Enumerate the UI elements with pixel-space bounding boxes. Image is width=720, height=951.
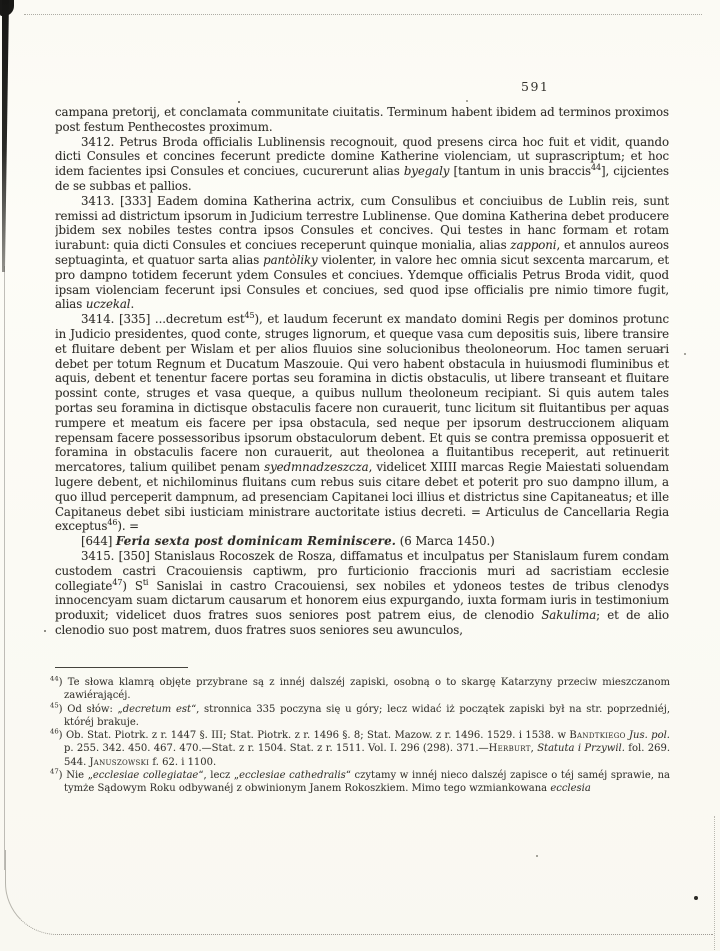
text-segment: ecclesia <box>550 783 591 794</box>
text-segment: f. 62. i 1100. <box>149 757 216 768</box>
footnote-ref-46: 46 <box>107 518 117 527</box>
footnotes: 44) Te słowa klamrą objęte przybrane są … <box>50 676 670 816</box>
page-number: 591 <box>521 79 549 94</box>
scan-artifact-corner-blob <box>0 0 14 16</box>
text-segment: campana pretorij, et conclamata communit… <box>55 105 669 134</box>
footnote-ref-45: 45 <box>245 311 255 320</box>
footnote-separator <box>55 667 188 668</box>
text-segment: [tantum in unis braccis <box>449 164 591 178</box>
text-segment: Januszowski <box>89 757 149 768</box>
text-segment: ), et laudum fecerunt ex mandato domini … <box>55 312 669 474</box>
text-segment: ) S <box>122 579 142 593</box>
text-segment: ) Ob. Stat. Piotrk. z r. 1447 §. III; St… <box>59 730 570 741</box>
entry-3414: 3414. [335] ...decretum est45), et laudu… <box>55 312 669 534</box>
text-segment: . <box>130 297 134 311</box>
text-segment: uczekal <box>86 297 131 311</box>
scan-artifact-left-streak <box>2 0 9 272</box>
text-segment: Bandtkiego <box>569 730 625 741</box>
text-segment: pantòliky <box>263 253 318 267</box>
footnote-45: 45) Od słów: „decretum est“, stronnica 3… <box>50 703 670 729</box>
paragraph-continuation: campana pretorij, et conclamata communit… <box>55 105 669 135</box>
ink-speck <box>466 100 468 102</box>
scan-artifact-bottom-edge-curve <box>5 850 713 935</box>
scan-artifact-left-edge-line <box>4 266 5 870</box>
text-segment: “, lecz „ <box>198 770 239 781</box>
footnote-46: 46) Ob. Stat. Piotrk. z r. 1447 §. III; … <box>50 729 670 768</box>
footnote-marker: 46 <box>50 728 59 736</box>
footnote-47: 47) Nie „ecclesiae collegiatae“, lecz „e… <box>50 769 670 795</box>
footnote-ref-47: 47 <box>112 578 122 587</box>
text-segment: byegaly <box>404 164 450 178</box>
text-segment: syedmnadzeszcza <box>264 460 368 474</box>
ink-speck <box>536 855 538 857</box>
text-segment: Statuta i Przywil. <box>537 743 625 754</box>
ink-speck <box>44 630 46 632</box>
text-segment: (6 Marca 1450.) <box>396 534 495 548</box>
scanned-page: 591 campana pretorij, et conclamata comm… <box>0 0 720 951</box>
footnote-marker: 47 <box>50 768 59 776</box>
text-segment: ) Te słowa klamrą objęte przybrane są z … <box>59 677 670 701</box>
footnote-marker: 45 <box>50 701 59 709</box>
text-segment: decretum est <box>123 704 191 715</box>
text-segment: Jus. pol. <box>629 730 670 741</box>
entry-3415: 3415. [350] Stanislaus Rocoszek de Rosza… <box>55 549 669 638</box>
scan-artifact-right-edge-line <box>714 816 715 950</box>
ink-speck <box>694 896 698 900</box>
text-segment: ecclesiae cathedralis <box>239 770 346 781</box>
footnote-marker: 44 <box>50 676 59 683</box>
text-segment: [644] <box>81 534 116 548</box>
text-segment: 3414. [335] ...decretum est <box>81 312 245 326</box>
text-segment: Feria sexta post dominicam Reminiscere. <box>116 534 396 548</box>
date-heading: [644] Feria sexta post dominicam Reminis… <box>55 534 669 549</box>
text-segment: Herburt <box>489 743 531 754</box>
scan-artifact-top-edge-line <box>24 14 702 15</box>
footnote-44: 44) Te słowa klamrą objęte przybrane są … <box>50 676 670 702</box>
entry-3412: 3412. Petrus Broda officialis Lublinensi… <box>55 135 669 194</box>
text-segment: ecclesiae collegiatae <box>93 770 198 781</box>
ink-speck <box>238 101 240 103</box>
body-text: campana pretorij, et conclamata communit… <box>55 105 669 671</box>
text-segment: ) Od słów: „ <box>59 704 123 715</box>
footnote-ref-44: 44 <box>591 163 601 172</box>
entry-3413: 3413. [333] Eadem domina Katherina actri… <box>55 194 669 312</box>
ink-speck <box>684 353 686 355</box>
text-segment: zapponi <box>510 238 556 252</box>
text-segment: Sakulima <box>541 608 596 622</box>
text-segment: ) Nie „ <box>59 770 93 781</box>
text-segment: p. 255. 342. 450. 467. 470.—Stat. z r. 1… <box>64 743 489 754</box>
text-segment: ). = <box>117 519 139 533</box>
